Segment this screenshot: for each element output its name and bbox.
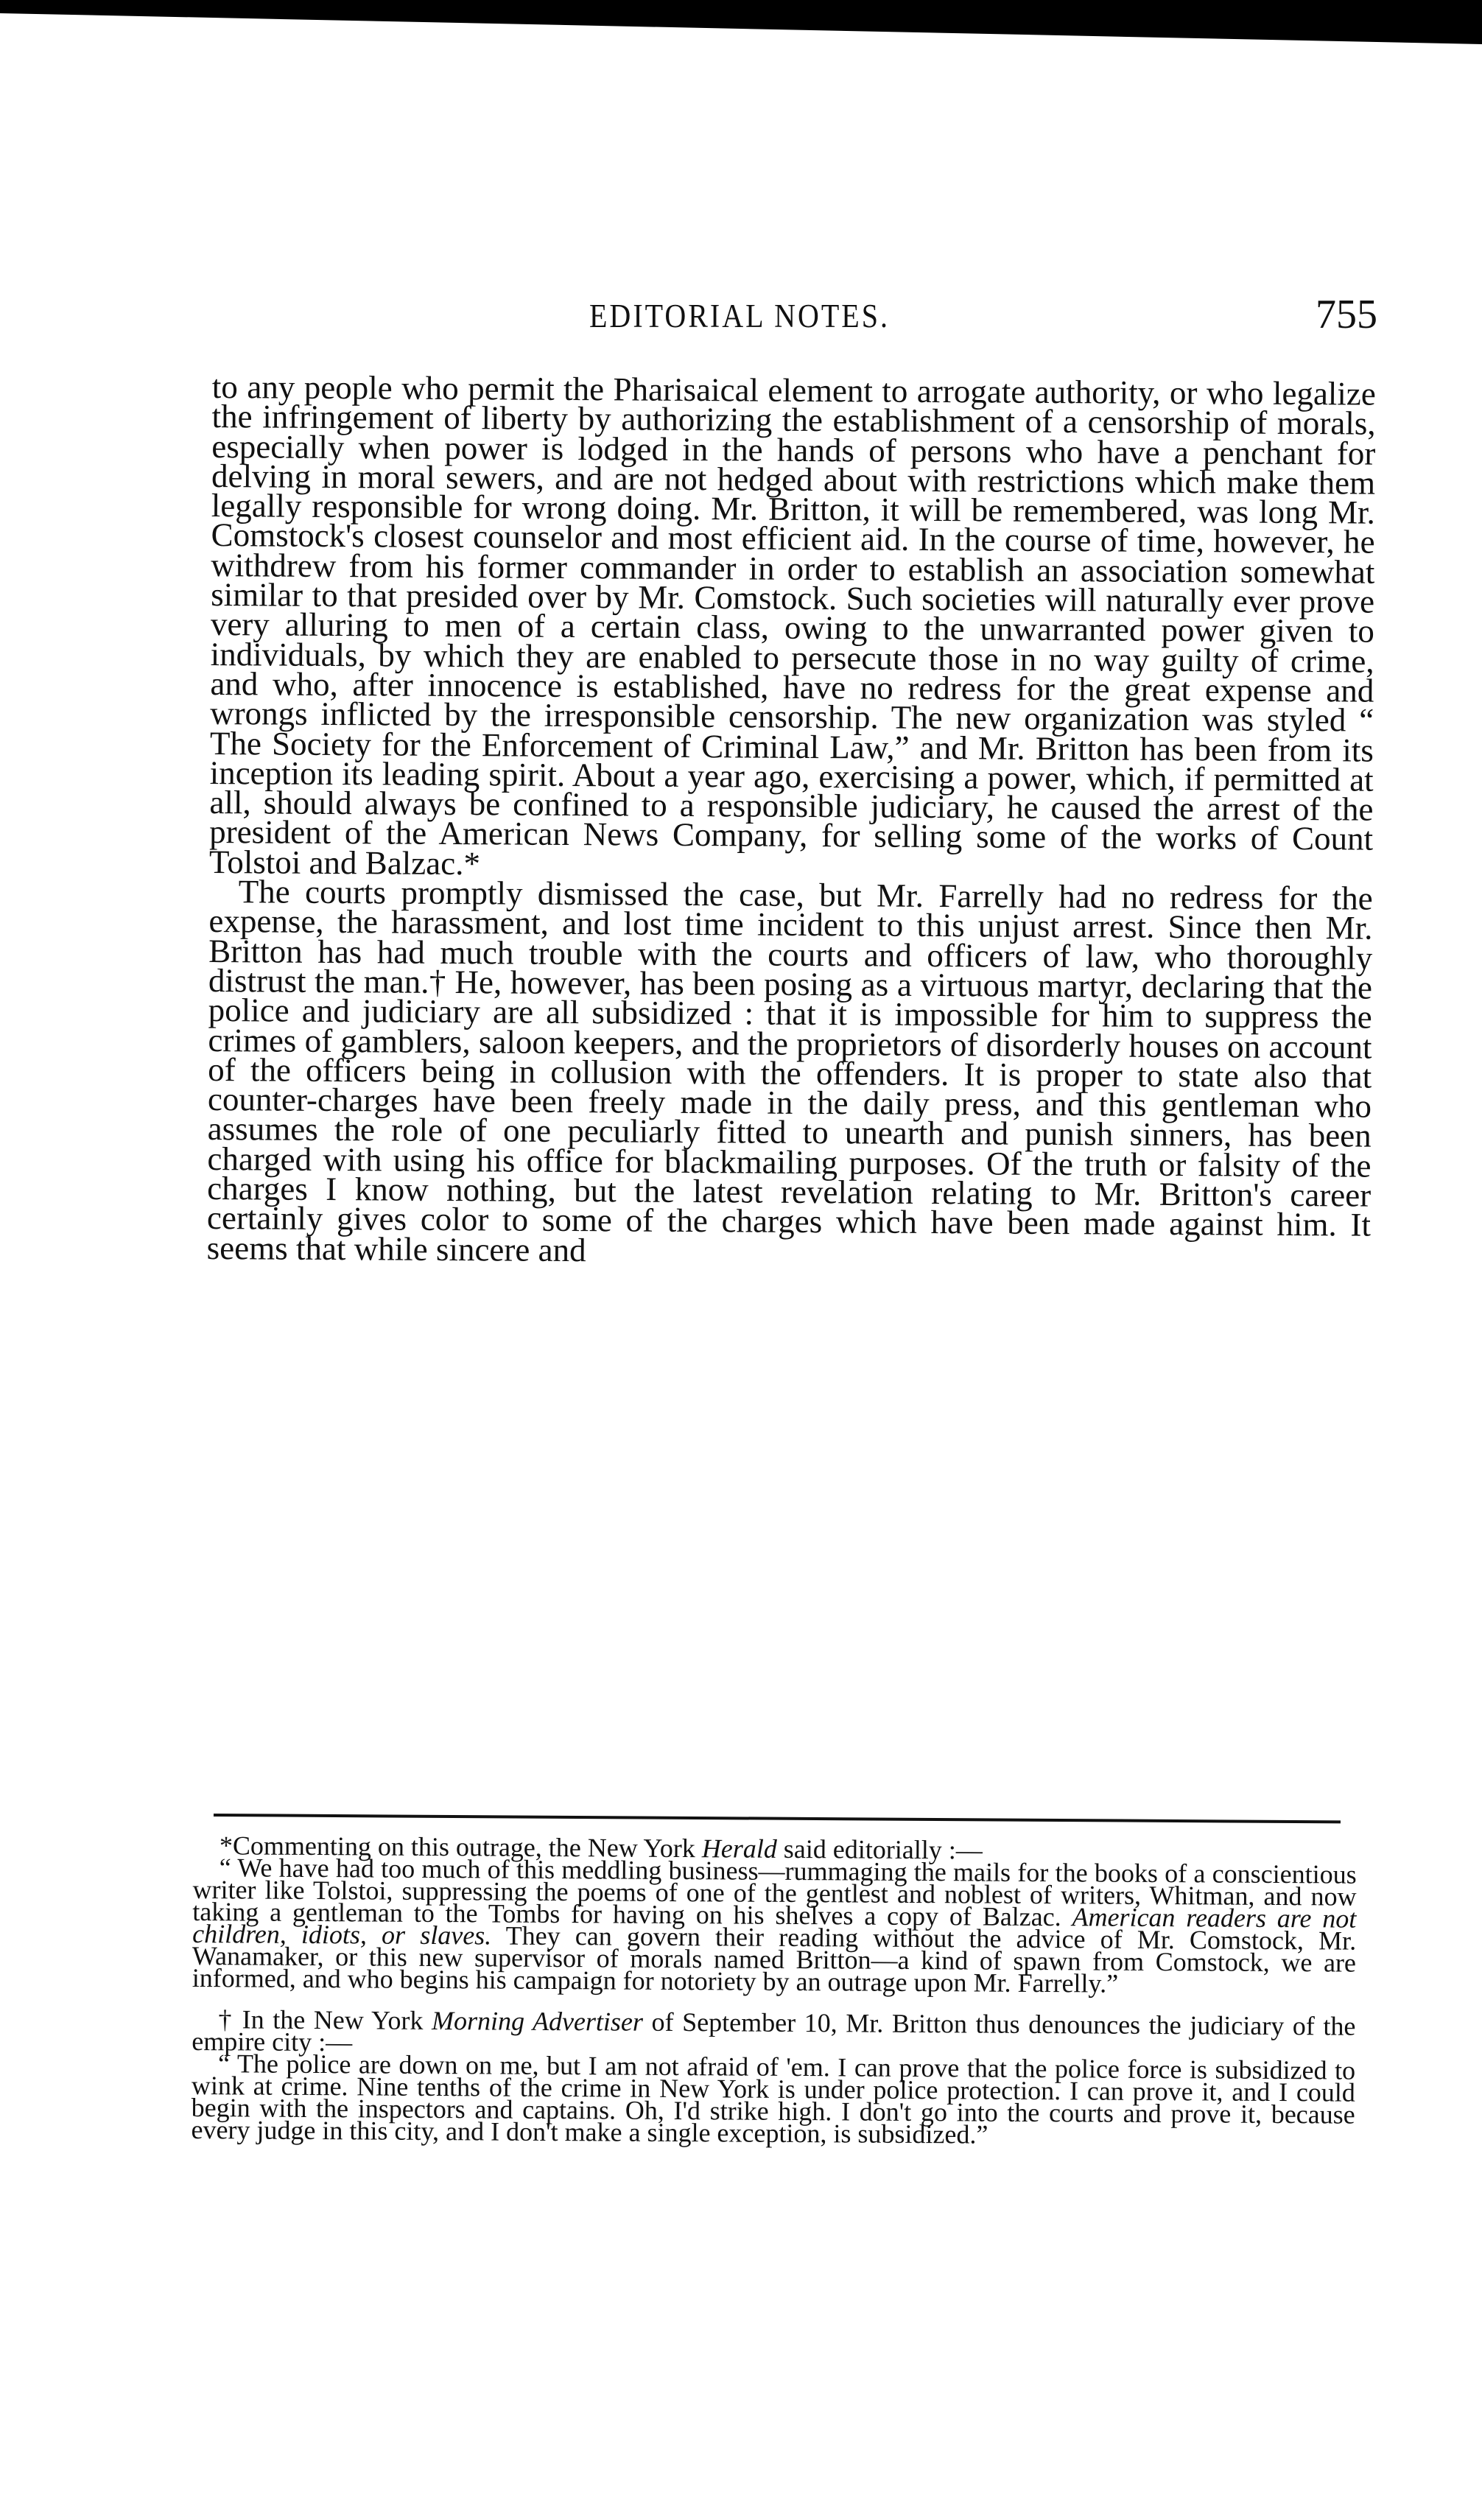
paragraph: The courts promptly dismissed the case, … — [207, 877, 1373, 1270]
paragraph-continued: to any people who permit the Pharisaical… — [209, 372, 1376, 884]
running-head: EDITORIAL NOTES. — [589, 295, 890, 335]
footnote-star-quote: “ We have had too much of this meddling … — [192, 1856, 1357, 1996]
footnotes: *Commenting on this outrage, the New Yor… — [191, 1834, 1357, 2148]
page-header: EDITORIAL NOTES. 755 — [214, 291, 1377, 343]
body-text: to any people who permit the Pharisaical… — [207, 372, 1376, 1270]
page-number: 755 — [1316, 291, 1377, 338]
publication-title: Morning Advertiser — [432, 2006, 643, 2037]
footnote-dagger-quote: “ The police are down on me, but I am no… — [191, 2052, 1355, 2148]
footnote-divider — [214, 1814, 1341, 1823]
scan-dark-edge — [0, 0, 1482, 44]
